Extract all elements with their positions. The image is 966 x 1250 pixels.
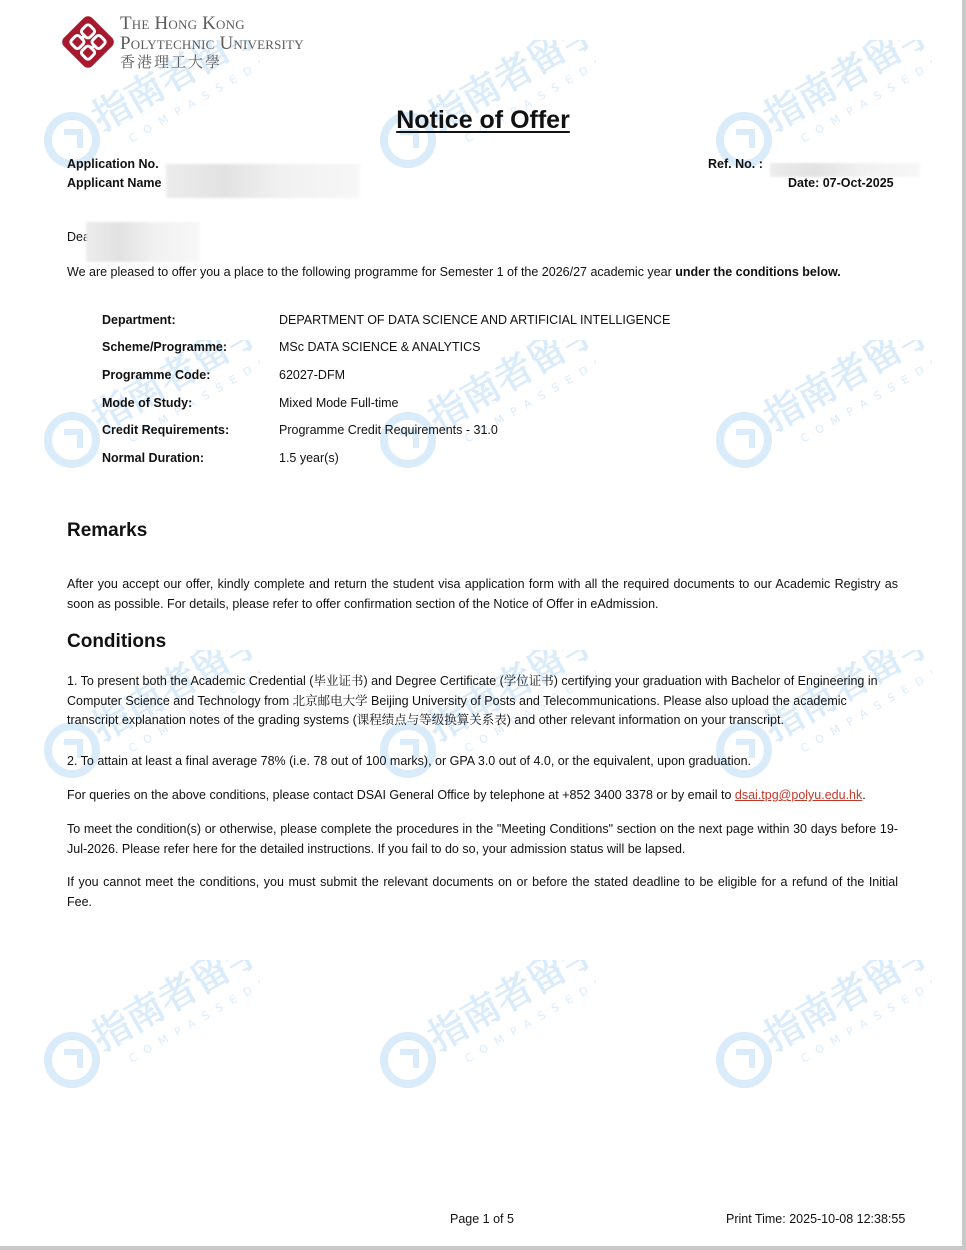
detail-label: Normal Duration: bbox=[102, 451, 204, 465]
intro-bold-text: under the conditions below. bbox=[675, 265, 841, 279]
compassedu-logo-icon: 指南者留学COMPASSEDU bbox=[712, 960, 932, 1090]
intro-text: We are pleased to offer you a place to t… bbox=[67, 265, 675, 279]
detail-value: Programme Credit Requirements - 31.0 bbox=[279, 423, 498, 437]
meeting-conditions-text: To meet the condition(s) or otherwise, p… bbox=[67, 820, 898, 859]
polyu-knot-emblem-icon bbox=[58, 12, 118, 72]
ref-no-label: Ref. No. : bbox=[708, 157, 763, 171]
svg-text:指南者留学: 指南者留学 bbox=[757, 340, 933, 440]
compassedu-watermark: 指南者留学COMPASSEDU bbox=[712, 340, 932, 470]
compassedu-watermark: 指南者留学COMPASSEDU bbox=[376, 960, 596, 1090]
detail-label: Programme Code: bbox=[102, 368, 210, 382]
compassedu-logo-icon: 指南者留学COMPASSEDU bbox=[376, 340, 596, 470]
document-title: Notice of Offer bbox=[0, 106, 966, 135]
contact-email-link[interactable]: dsai.tpg@polyu.edu.hk bbox=[735, 788, 862, 802]
intro-paragraph: We are pleased to offer you a place to t… bbox=[67, 263, 898, 283]
page-indicator: Page 1 of 5 bbox=[450, 1212, 514, 1226]
compassedu-logo-icon: 指南者留学COMPASSEDU bbox=[376, 960, 596, 1090]
svg-text:COMPASSEDU: COMPASSEDU bbox=[126, 971, 260, 1066]
detail-label: Credit Requirements: bbox=[102, 423, 229, 437]
conditions-heading: Conditions bbox=[67, 631, 166, 653]
detail-value: Mixed Mode Full-time bbox=[279, 396, 398, 410]
redacted-applicant-info bbox=[166, 164, 360, 198]
compassedu-logo-icon: 指南者留学COMPASSEDU bbox=[40, 960, 260, 1090]
compassedu-watermark: 指南者留学COMPASSEDU bbox=[376, 340, 596, 470]
offer-date: Date: 07-Oct-2025 bbox=[788, 176, 894, 190]
application-no-label: Application No. bbox=[67, 157, 159, 171]
detail-value: 62027-DFM bbox=[279, 368, 345, 382]
offer-letter-page: 指南者留学COMPASSEDU指南者留学COMPASSEDU指南者留学COMPA… bbox=[0, 0, 966, 1250]
compassedu-watermark: 指南者留学COMPASSEDU bbox=[712, 960, 932, 1090]
queries-end: . bbox=[862, 788, 865, 802]
svg-text:指南者留学: 指南者留学 bbox=[421, 960, 597, 1060]
compassedu-logo-icon: 指南者留学COMPASSEDU bbox=[376, 40, 596, 170]
university-name-line1: The Hong Kong bbox=[120, 14, 304, 34]
detail-label: Mode of Study: bbox=[102, 396, 192, 410]
redacted-applicant-name bbox=[86, 222, 200, 262]
detail-label: Scheme/Programme: bbox=[102, 340, 227, 354]
svg-text:COMPASSEDU: COMPASSEDU bbox=[462, 971, 596, 1066]
compassedu-logo-icon: 指南者留学COMPASSEDU bbox=[712, 40, 932, 170]
redacted-ref-no bbox=[770, 163, 920, 177]
queries-text: For queries on the above conditions, ple… bbox=[67, 788, 735, 802]
detail-value: 1.5 year(s) bbox=[279, 451, 339, 465]
compassedu-watermark: 指南者留学COMPASSEDU bbox=[712, 40, 932, 170]
queries-paragraph: For queries on the above conditions, ple… bbox=[67, 786, 898, 806]
remarks-text: After you accept our offer, kindly compl… bbox=[67, 575, 898, 614]
svg-text:指南者留学: 指南者留学 bbox=[757, 960, 933, 1060]
detail-label: Department: bbox=[102, 313, 176, 327]
svg-text:COMPASSEDU: COMPASSEDU bbox=[798, 971, 932, 1066]
detail-value: DEPARTMENT OF DATA SCIENCE AND ARTIFICIA… bbox=[279, 313, 670, 327]
polyu-logo: The Hong Kong Polytechnic University 香港理… bbox=[58, 12, 358, 74]
university-name-line2: Polytechnic University bbox=[120, 34, 304, 53]
refund-text: If you cannot meet the conditions, you m… bbox=[67, 873, 898, 912]
print-time: Print Time: 2025-10-08 12:38:55 bbox=[726, 1212, 905, 1226]
remarks-heading: Remarks bbox=[67, 520, 147, 542]
svg-text:指南者留学: 指南者留学 bbox=[85, 960, 261, 1060]
condition-2: 2. To attain at least a final average 78… bbox=[67, 752, 898, 772]
condition-1: 1. To present both the Academic Credenti… bbox=[67, 672, 898, 731]
detail-value: MSc DATA SCIENCE & ANALYTICS bbox=[279, 340, 480, 354]
compassedu-watermark: 指南者留学COMPASSEDU bbox=[376, 40, 596, 170]
compassedu-logo-icon: 指南者留学COMPASSEDU bbox=[712, 340, 932, 470]
compassedu-watermark: 指南者留学COMPASSEDU bbox=[40, 960, 260, 1090]
university-name-chinese: 香港理工大學 bbox=[120, 53, 304, 71]
applicant-name-label: Applicant Name bbox=[67, 176, 161, 190]
svg-text:COMPASSEDU: COMPASSEDU bbox=[798, 351, 932, 446]
